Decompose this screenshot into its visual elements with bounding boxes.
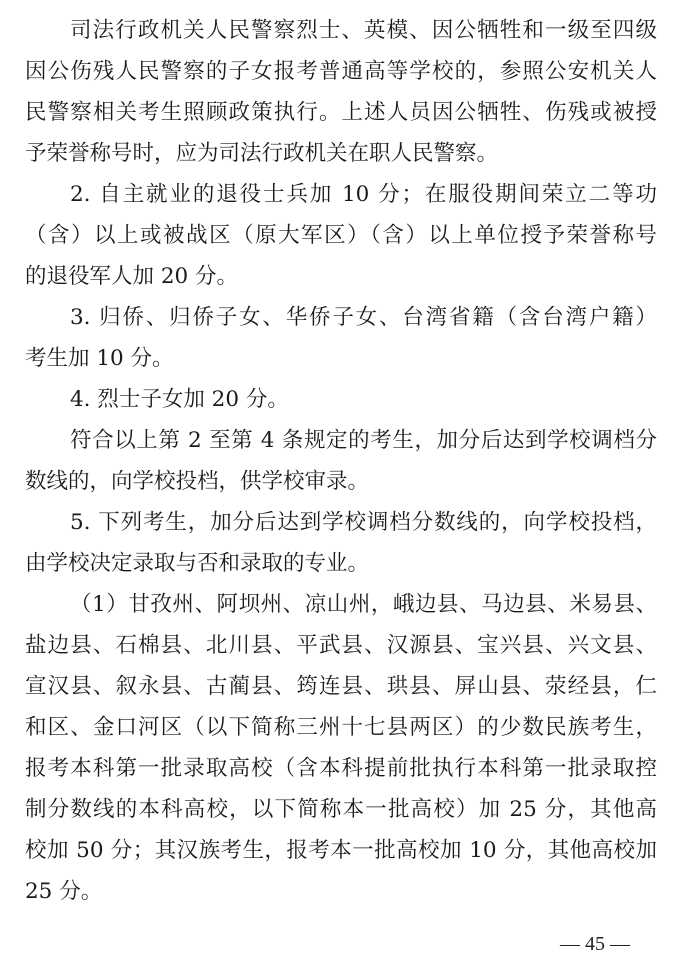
text-line: 数线的，向学校投档，供学校审录。 bbox=[25, 461, 657, 502]
text-line: 校加 50 分；其汉族考生，报考本一批高校加 10 分，其他高校加 bbox=[25, 830, 657, 871]
text-line: 制分数线的本科高校，以下简称本一批高校）加 25 分，其他高 bbox=[25, 789, 657, 830]
text-line: （含）以上或被战区（原大军区）（含）以上单位授予荣誉称号 bbox=[25, 215, 657, 256]
text-line: 予荣誉称号时，应为司法行政机关在职人民警察。 bbox=[25, 133, 657, 174]
text-line: （1）甘孜州、阿坝州、凉山州，峨边县、马边县、米易县、 bbox=[70, 584, 657, 625]
text-line: 25 分。 bbox=[25, 871, 657, 912]
document-page: 司法行政机关人民警察烈士、英模、因公牺牲和一级至四级 因公伤残人民警察的子女报考… bbox=[0, 0, 680, 958]
text-line: 的退役军人加 20 分。 bbox=[25, 256, 657, 297]
text-line: 考生加 10 分。 bbox=[25, 338, 657, 379]
text-line: 民警察相关考生照顾政策执行。上述人员因公牺牲、伤残或被授 bbox=[25, 92, 657, 133]
text-line: 宣汉县、叙永县、古蔺县、筠连县、珙县、屏山县、荥经县，仁 bbox=[25, 666, 657, 707]
text-line: 和区、金口河区（以下简称三州十七县两区）的少数民族考生， bbox=[25, 707, 657, 748]
text-line: 报考本科第一批录取高校（含本科提前批执行本科第一批录取控 bbox=[25, 748, 657, 789]
text-line: 3. 归侨、归侨子女、华侨子女、台湾省籍（含台湾户籍） bbox=[70, 297, 657, 338]
text-line: 司法行政机关人民警察烈士、英模、因公牺牲和一级至四级 bbox=[70, 10, 657, 51]
text-line: 盐边县、石棉县、北川县、平武县、汉源县、宝兴县、兴文县、 bbox=[25, 625, 657, 666]
text-line: 由学校决定录取与否和录取的专业。 bbox=[25, 543, 657, 584]
text-line: 因公伤残人民警察的子女报考普通高等学校的，参照公安机关人 bbox=[25, 51, 657, 92]
text-line: 5. 下列考生，加分后达到学校调档分数线的，向学校投档， bbox=[70, 502, 657, 543]
text-line: 2. 自主就业的退役士兵加 10 分；在服役期间荣立二等功 bbox=[70, 174, 657, 215]
text-line: 符合以上第 2 至第 4 条规定的考生，加分后达到学校调档分 bbox=[70, 420, 657, 461]
page-number: — 45 — bbox=[560, 930, 630, 958]
text-line: 4. 烈士子女加 20 分。 bbox=[70, 379, 657, 420]
